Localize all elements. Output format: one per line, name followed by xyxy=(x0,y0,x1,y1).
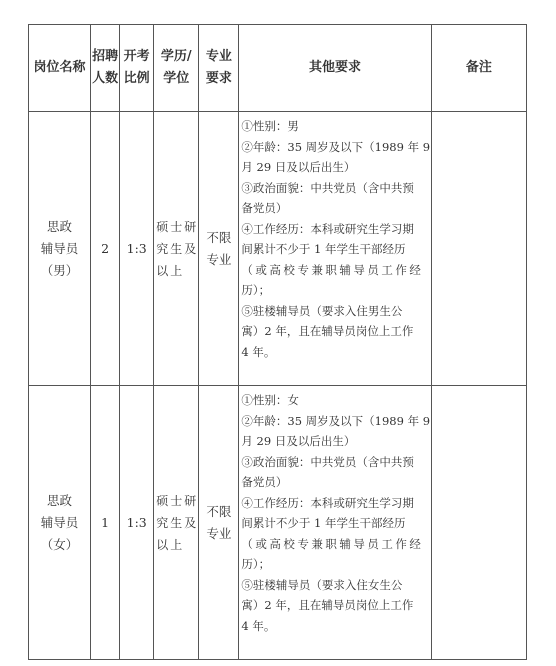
hire-count-cell: 1 xyxy=(91,386,120,660)
requirement-line: 月 29 日及以后出生） xyxy=(241,157,430,178)
requirement-line: 间累计不少于 1 年学生干部经历 xyxy=(241,239,430,260)
requirements-cell: ①性别：女 ②年龄：35 周岁及以下（1989 年 9 月 29 日及以后出生）… xyxy=(239,386,431,660)
requirement-line: ②年龄：35 周岁及以下（1989 年 9 xyxy=(241,411,430,432)
major-cell: 不限 专业 xyxy=(199,112,239,386)
requirement-line: 寓）2 年，且在辅导员岗位上工作 xyxy=(241,321,430,342)
requirement-line: （或高校专兼职辅导员工作经 xyxy=(241,260,430,281)
position-name-cell: 思政 辅导员 （男） xyxy=(29,112,91,386)
requirement-line: 月 29 日及以后出生） xyxy=(241,431,430,452)
header-position-name: 岗位名称 xyxy=(29,25,91,112)
header-note: 备注 xyxy=(431,25,526,112)
requirement-line: 间累计不少于 1 年学生干部经历 xyxy=(241,513,430,534)
education-cell: 硕士研 究生及 以上 xyxy=(154,386,199,660)
requirement-line: 历）； xyxy=(241,554,430,575)
header-row: 岗位名称 招聘 人数 开考 比例 学历/ 学位 专业 要求 其他要求 备注 xyxy=(29,25,527,112)
requirement-line: ⑤驻楼辅导员（要求入住女生公 xyxy=(241,575,430,596)
requirement-line: ④工作经历：本科或研究生学习期 xyxy=(241,493,430,514)
requirement-line: ④工作经历：本科或研究生学习期 xyxy=(241,219,430,240)
note-cell xyxy=(431,386,526,660)
requirement-line: 4 年。 xyxy=(241,342,430,363)
header-education: 学历/ 学位 xyxy=(154,25,199,112)
table-row: 思政 辅导员 （女） 1 1:3 硕士研 究生及 以上 不限 专业 ①性别：女 … xyxy=(29,386,527,660)
header-exam-ratio: 开考 比例 xyxy=(120,25,154,112)
education-cell: 硕士研 究生及 以上 xyxy=(154,112,199,386)
position-name-cell: 思政 辅导员 （女） xyxy=(29,386,91,660)
requirement-line: （或高校专兼职辅导员工作经 xyxy=(241,534,430,555)
exam-ratio-cell: 1:3 xyxy=(120,112,154,386)
hire-count-cell: 2 xyxy=(91,112,120,386)
requirement-line: ①性别：男 xyxy=(241,116,430,137)
requirement-line: 4 年。 xyxy=(241,616,430,637)
requirement-line: 备党员） xyxy=(241,472,430,493)
requirement-line: ⑤驻楼辅导员（要求入住男生公 xyxy=(241,301,430,322)
header-hire-count: 招聘 人数 xyxy=(91,25,120,112)
note-cell xyxy=(431,112,526,386)
requirement-line: ①性别：女 xyxy=(241,390,430,411)
requirement-line: 寓）2 年，且在辅导员岗位上工作 xyxy=(241,595,430,616)
table-row: 思政 辅导员 （男） 2 1:3 硕士研 究生及 以上 不限 专业 ①性别：男 … xyxy=(29,112,527,386)
requirements-cell: ①性别：男 ②年龄：35 周岁及以下（1989 年 9 月 29 日及以后出生）… xyxy=(239,112,431,386)
requirement-line: ③政治面貌：中共党员（含中共预 xyxy=(241,452,430,473)
requirement-line: 历）； xyxy=(241,280,430,301)
major-cell: 不限 专业 xyxy=(199,386,239,660)
requirement-line: ③政治面貌：中共党员（含中共预 xyxy=(241,178,430,199)
header-major: 专业 要求 xyxy=(199,25,239,112)
requirement-line: 备党员） xyxy=(241,198,430,219)
recruitment-table: 岗位名称 招聘 人数 开考 比例 学历/ 学位 专业 要求 其他要求 备注 思政… xyxy=(28,24,527,660)
requirement-line: ②年龄：35 周岁及以下（1989 年 9 xyxy=(241,137,430,158)
exam-ratio-cell: 1:3 xyxy=(120,386,154,660)
header-other-requirements: 其他要求 xyxy=(239,25,431,112)
